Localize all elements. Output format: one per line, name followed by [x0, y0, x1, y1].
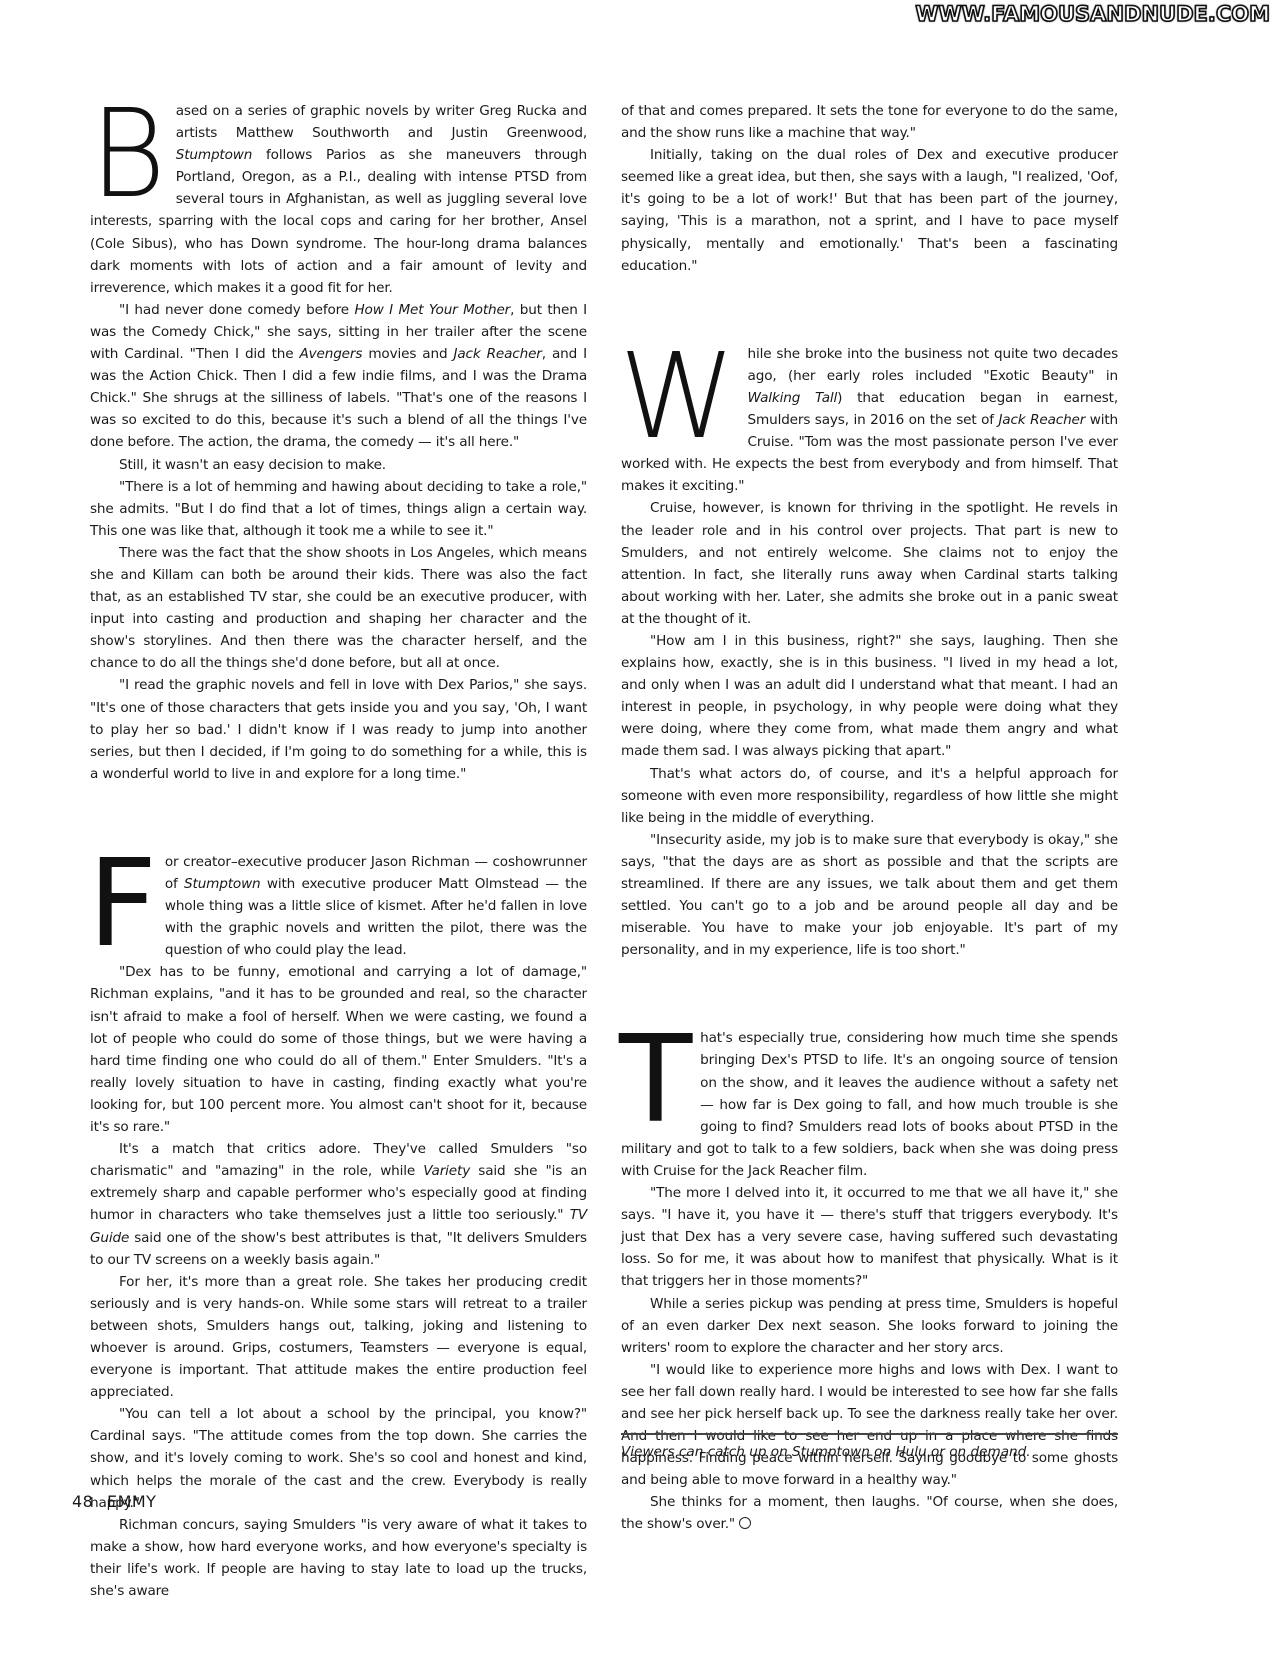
paragraph: "There is a lot of hemming and hawing ab… — [90, 476, 587, 542]
paragraph: Still, it wasn't an easy decision to mak… — [90, 454, 587, 476]
article-column-right: of that and comes prepared. It sets the … — [621, 100, 1118, 1536]
paragraph: That's what actors do, of course, and it… — [621, 763, 1118, 829]
section-break — [90, 785, 587, 851]
paragraph: That's especially true, considering how … — [621, 1027, 1118, 1182]
paragraph: "You can tell a lot about a school by th… — [90, 1403, 587, 1513]
paragraph: Cruise, however, is known for thriving i… — [621, 497, 1118, 630]
paragraph: "Dex has to be funny, emotional and carr… — [90, 961, 587, 1138]
paragraph: There was the fact that the show shoots … — [90, 542, 587, 675]
paragraph: "I had never done comedy before How I Me… — [90, 299, 587, 454]
paragraph: "Insecurity aside, my job is to make sur… — [621, 829, 1118, 962]
caption: Viewers can catch up on Stumptown on Hul… — [621, 1444, 1031, 1460]
paragraph: "How am I in this business, right?" she … — [621, 630, 1118, 763]
drop-cap: F — [88, 857, 157, 953]
paragraph: For her, it's more than a great role. Sh… — [90, 1271, 587, 1404]
article-column-left: Based on a series of graphic novels by w… — [90, 100, 587, 1602]
folio: 48 EMMY — [72, 1492, 164, 1511]
paragraph: It's a match that critics adore. They've… — [90, 1138, 587, 1271]
paragraph: "The more I delved into it, it occurred … — [621, 1182, 1118, 1292]
section-break — [621, 961, 1118, 1027]
paragraph: While she broke into the business not qu… — [621, 343, 1118, 498]
publication-name: EMMY — [107, 1492, 157, 1511]
paragraph: "I read the graphic novels and fell in l… — [90, 674, 587, 784]
paragraph: "I would like to experience more highs a… — [621, 1359, 1118, 1492]
paragraph: Initially, taking on the dual roles of D… — [621, 144, 1118, 277]
caption-divider — [621, 1433, 1118, 1435]
paragraph: While a series pickup was pending at pre… — [621, 1293, 1118, 1359]
drop-cap: B — [90, 106, 166, 204]
paragraph: She thinks for a moment, then laughs. "O… — [621, 1491, 1118, 1535]
paragraph: Richman concurs, saying Smulders "is ver… — [90, 1514, 587, 1602]
drop-cap: W — [619, 349, 736, 443]
drop-cap: T — [619, 1033, 692, 1129]
page-number: 48 — [72, 1492, 93, 1511]
paragraph: For creator–executive producer Jason Ric… — [90, 851, 587, 961]
paragraph: Based on a series of graphic novels by w… — [90, 100, 587, 299]
end-mark-icon — [739, 1517, 751, 1529]
watermark: WWW.FAMOUSANDNUDE.COM — [915, 2, 1270, 26]
paragraph: of that and comes prepared. It sets the … — [621, 100, 1118, 144]
